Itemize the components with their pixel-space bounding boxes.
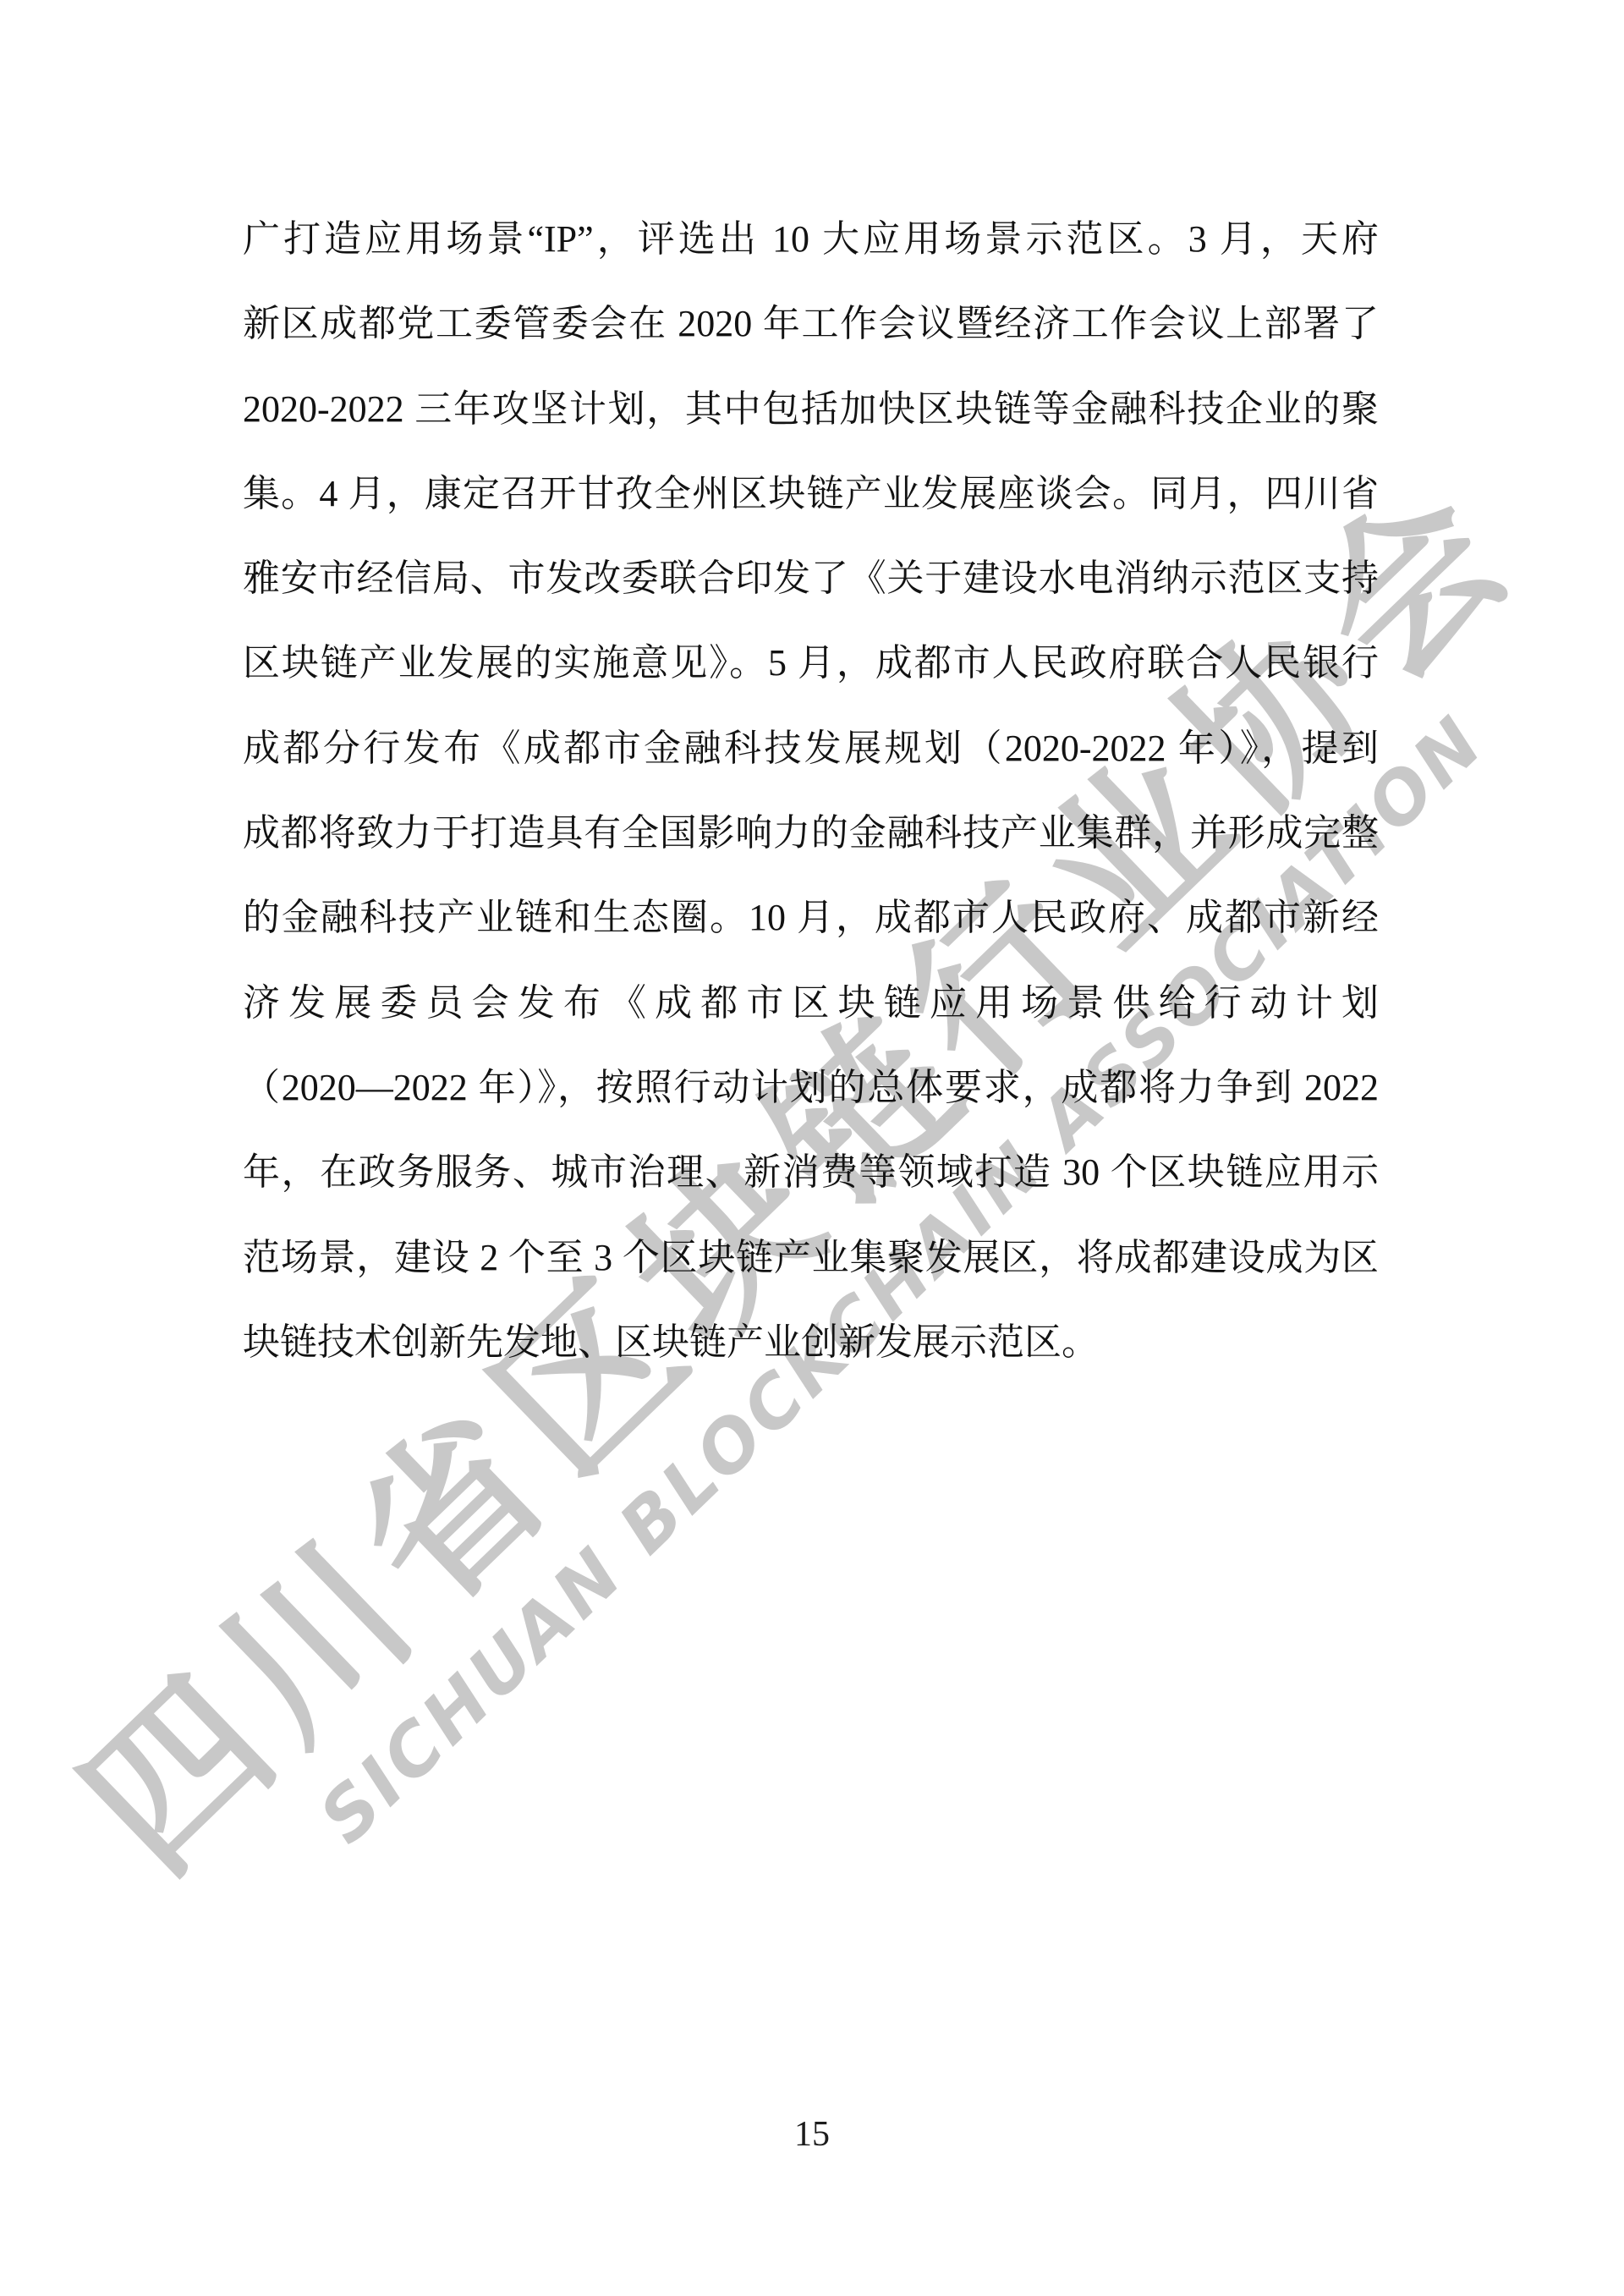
text-line: 新区成都党工委管委会在 2020 年工作会议暨经济工作会议上部署了 [243,282,1379,366]
text-line: 广打造应用场景“IP”，评选出 10 大应用场景示范区。3 月，天府 [243,197,1379,282]
document-body-text: 广打造应用场景“IP”，评选出 10 大应用场景示范区。3 月，天府 新区成都党… [243,197,1379,1385]
text-line: 成都分行发布《成都市金融科技发展规划（2020-2022 年）》，提到 [243,706,1379,791]
text-line: 2020-2022 三年攻坚计划，其中包括加快区块链等金融科技企业的聚 [243,367,1379,452]
page-number: 15 [0,2113,1624,2156]
document-page: 四川省区块链行业协会 SICHUAN BLOCKCHAIN ASSOCIATIO… [0,0,1624,2296]
text-line: 雅安市经信局、市发改委联合印发了《关于建设水电消纳示范区支持 [243,536,1379,621]
text-line: 集。4 月，康定召开甘孜全州区块链产业发展座谈会。同月，四川省 [243,452,1379,536]
text-line: 济发展委员会发布《成都市区块链应用场景供给行动计划 [243,961,1379,1046]
text-line: 范场景，建设 2 个至 3 个区块链产业集聚发展区，将成都建设成为区 [243,1216,1379,1300]
text-line: 区块链产业发展的实施意见》。5 月，成都市人民政府联合人民银行 [243,621,1379,706]
text-line: 的金融科技产业链和生态圈。10 月，成都市人民政府、成都市新经 [243,876,1379,960]
text-line: （2020—2022 年）》，按照行动计划的总体要求，成都将力争到 2022 [243,1046,1379,1130]
text-line: 成都将致力于打造具有全国影响力的金融科技产业集群，并形成完整 [243,791,1379,876]
text-line: 块链技术创新先发地、区块链产业创新发展示范区。 [243,1300,1379,1385]
text-line: 年，在政务服务、城市治理、新消费等领域打造 30 个区块链应用示 [243,1130,1379,1215]
